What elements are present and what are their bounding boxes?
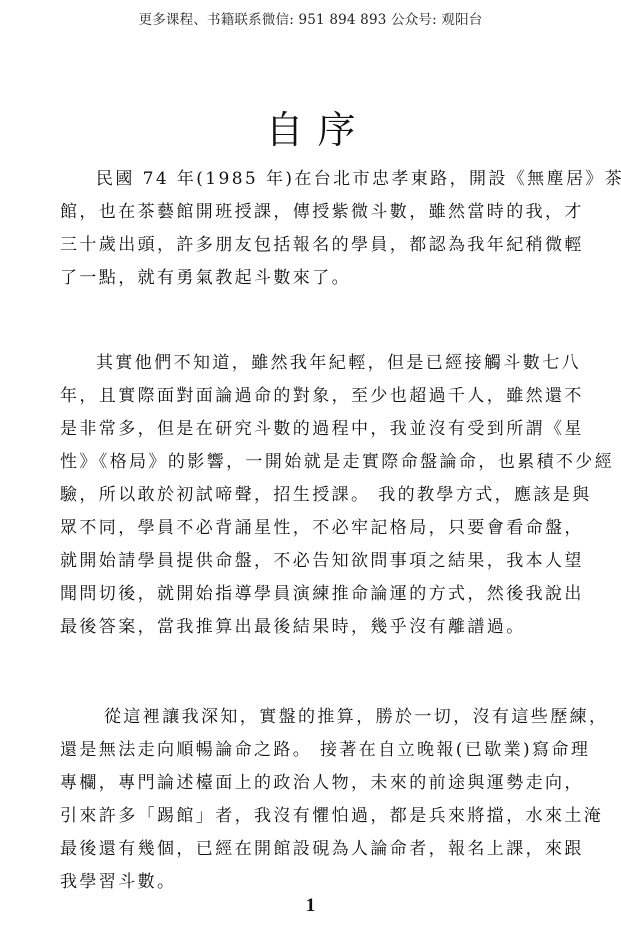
page-number: 1 <box>0 895 621 917</box>
page-title: 自序 <box>0 99 621 154</box>
text-line: 館，也在茶藝館開班授課，傳授紫微斗數，雖然當時的我，才 <box>60 196 580 229</box>
header-contact-note: 更多课程、书籍联系微信: 951 894 893 公众号: 观阳台 <box>0 8 621 28</box>
text-line: 性》《格局》的影響，一開始就是走實際命盤論命，也累積不少經 <box>60 446 580 479</box>
text-line: 最後還有幾個，已經在開館設硯為人論命者，報名上課，來跟 <box>60 833 580 866</box>
text-line: 專欄，專門論述檯面上的政治人物，未來的前途與運勢走向， <box>60 767 580 800</box>
text-line: 最後答案，當我推算出最後結果時，幾乎沒有離譜過。 <box>60 611 580 644</box>
text-line: 三十歲出頭，許多朋友包括報名的學員，都認為我年紀稍微輕 <box>60 229 580 262</box>
text-line: 是非常多，但是在研究斗數的過程中，我並沒有受到所謂《星 <box>60 413 580 446</box>
paragraph-3: 從這裡讓我深知，實盤的推算，勝於一切，沒有這些歷練， 還是無法走向順暢論命之路。… <box>60 701 580 899</box>
text-line: 驗，所以敢於初試啼聲，招生授課。 我的教學方式，應該是與 <box>60 479 580 512</box>
text-line: 還是無法走向順暢論命之路。 接著在自立晚報(已歇業)寫命理 <box>60 734 580 767</box>
paragraph-2: 其實他們不知道，雖然我年紀輕，但是已經接觸斗數七八 年，且實際面對面論過命的對象… <box>60 347 580 644</box>
text-line: 了一點，就有勇氣教起斗數來了。 <box>60 262 580 295</box>
text-line: 眾不同，學員不必背誦星性，不必牢記格局，只要會看命盤， <box>60 512 580 545</box>
paragraph-1: 民國 74 年(1985 年)在台北市忠孝東路，開設《無塵居》茶藝 館，也在茶藝… <box>60 163 580 295</box>
text-line: 民國 74 年(1985 年)在台北市忠孝東路，開設《無塵居》茶藝 <box>60 163 580 196</box>
text-line: 年，且實際面對面論過命的對象，至少也超過千人，雖然還不 <box>60 380 580 413</box>
text-line: 就開始請學員提供命盤，不必告知欲問事項之結果，我本人望 <box>60 545 580 578</box>
text-line: 從這裡讓我深知，實盤的推算，勝於一切，沒有這些歷練， <box>60 701 580 734</box>
text-line: 聞問切後，就開始指導學員演練推命論運的方式，然後我說出 <box>60 578 580 611</box>
text-line: 其實他們不知道，雖然我年紀輕，但是已經接觸斗數七八 <box>60 347 580 380</box>
text-line: 引來許多「踢館」者，我沒有懼怕過，都是兵來將擋，水來土淹 <box>60 800 580 833</box>
